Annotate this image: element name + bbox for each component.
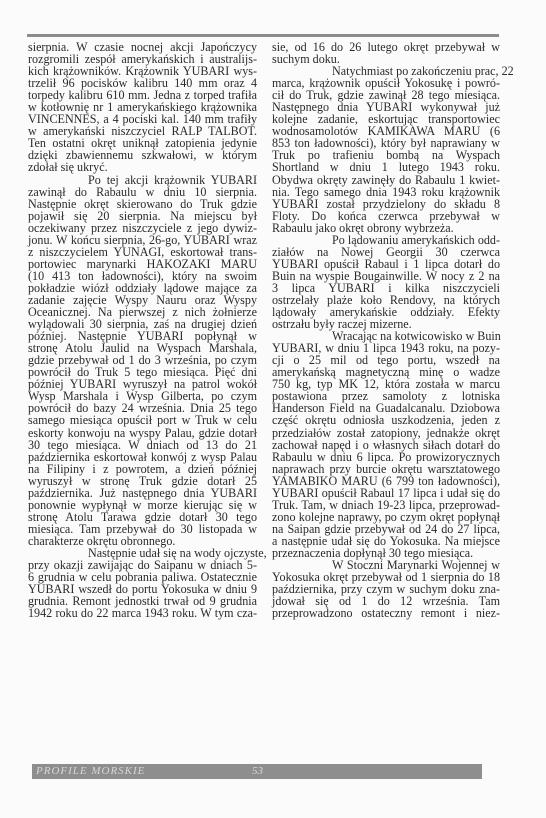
page-number: 53 bbox=[252, 765, 263, 777]
text-line: Rabaulu jako okręt obrony wybrzeża. bbox=[272, 222, 500, 234]
text-line: Shortland w dniu 1 lutego 1943 roku. bbox=[272, 161, 500, 173]
left-text-column: sierpnia. W czasie nocnej akcji Japończy… bbox=[28, 41, 257, 619]
magazine-title: PROFILE MORSKIE bbox=[36, 765, 145, 777]
text-line: października eskortował konwój z wysp Pa… bbox=[28, 451, 257, 463]
text-line: oczekiwany przez niszczyciele z jego dyw… bbox=[28, 222, 257, 234]
text-line: zawinął do Rabaulu w dniu 10 sierpnia. bbox=[28, 186, 257, 198]
text-line: wyruszył w stronę Truk gdzie dotarł 25 bbox=[28, 475, 257, 487]
text-line: samego miesiąca opuścił port w Truk w ce… bbox=[28, 414, 257, 426]
text-line: naprawach przy burcie okrętu warsztatowe… bbox=[272, 463, 500, 475]
text-line: października. Już następnego dnia YUBARI bbox=[28, 487, 257, 499]
text-line: YAMABIKO MARU (6 799 ton ładowności), bbox=[272, 475, 500, 487]
text-line: zachował napęd i o własnych siłach dotar… bbox=[272, 439, 500, 451]
footer-band: PROFILE MORSKIE 53 bbox=[32, 764, 482, 779]
text-line: na Filipiny i z powrotem, a dzień późnie… bbox=[28, 463, 257, 475]
text-line: eskorty konwoju na wyspy Palau, gdzie do… bbox=[28, 427, 257, 439]
text-line: Po lądowaniu amerykańskich odd- bbox=[272, 234, 500, 246]
text-line: przedziałów został zatopiony, jednakże o… bbox=[272, 427, 500, 439]
text-line: 30 tego miesiąca. W dniach od 13 do 21 bbox=[28, 439, 257, 451]
text-line: część okrętu odniosła uszkodzenia, jeden… bbox=[272, 414, 500, 426]
text-line: Obydwa okręty zawinęły do Rabaulu 1 kwie… bbox=[272, 174, 500, 186]
text-line: Następnie okręt skierowano do Truk gdzie bbox=[28, 198, 257, 210]
text-line: zdołał się ukryć. bbox=[28, 161, 257, 173]
text-line: YUBARI został przydzielony do składu 8 bbox=[272, 198, 500, 210]
text-line: pojawił się 20 sierpnia. Na miejscu był bbox=[28, 210, 257, 222]
header-rule bbox=[27, 34, 499, 37]
text-line: 1942 roku do 22 marca 1943 roku. W tym c… bbox=[28, 607, 257, 619]
text-line: jonu. W końcu sierpnia, 26-go, YUBARI wr… bbox=[28, 234, 257, 246]
text-line: Po tej akcji krążownik YUBARI bbox=[28, 174, 257, 186]
right-text-column: sie, od 16 do 26 lutego okręt przebywał … bbox=[272, 41, 500, 619]
text-line: Rabaulu w dniu 6 lipca. Po prowizoryczny… bbox=[272, 451, 500, 463]
text-line: przeprowadzono ostateczny remont i niez- bbox=[272, 607, 500, 619]
text-line: Floty. Do końca czerwca przebywał w bbox=[272, 210, 500, 222]
text-line: nia. Tego samego dnia 1943 roku krążowni… bbox=[272, 186, 500, 198]
text-line: YUBARI opuścił Rabaul 17 lipca i udał si… bbox=[272, 487, 500, 499]
